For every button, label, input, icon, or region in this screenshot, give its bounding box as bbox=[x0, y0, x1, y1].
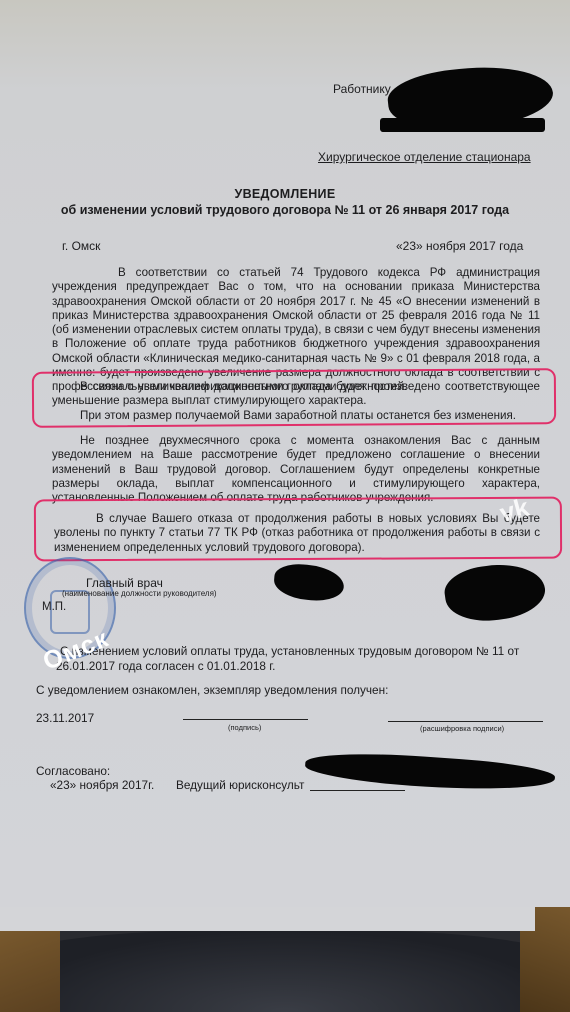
paper-stack-edge bbox=[0, 905, 535, 931]
text-line: При этом размер получаемой Вами заработн… bbox=[52, 409, 540, 423]
text-line: уведомлением на Ваше рассмотрение будет … bbox=[52, 448, 540, 462]
text-line: учреждения предупреждает Вас о том, что … bbox=[52, 280, 540, 294]
signatory-position: Главный врач bbox=[86, 576, 163, 590]
recipient-label: Работнику bbox=[333, 82, 391, 96]
name-line bbox=[388, 721, 543, 722]
approval-signature-line bbox=[310, 790, 405, 791]
approval-role: Ведущий юрисконсульт bbox=[176, 778, 304, 792]
text-line: (об изменении отраслевых систем оплаты т… bbox=[52, 323, 540, 337]
text-line: уменьшение размера выплат стимулирующего… bbox=[52, 394, 540, 408]
paragraph-agreement-term: Не позднее двухмесячного срока с момента… bbox=[52, 434, 540, 505]
name-caption: (расшифровка подписи) bbox=[420, 724, 504, 733]
text-line: Не позднее двухмесячного срока с момента… bbox=[52, 434, 540, 448]
document-title: УВЕДОМЛЕНИЕ bbox=[0, 187, 570, 201]
background-surface bbox=[0, 930, 570, 1012]
text-line: размеры оклада, выплат компенсационного … bbox=[52, 477, 540, 491]
background-table-left bbox=[0, 925, 60, 1012]
signature-line bbox=[183, 719, 308, 720]
text-line: в Положение об оплате труда работников б… bbox=[52, 337, 540, 351]
text-line: В соответствии со статьей 74 Трудового к… bbox=[52, 266, 540, 280]
text-line: уволены по пункту 7 статьи 77 ТК РФ (отк… bbox=[54, 526, 540, 540]
agreement-line-2: 26.01.2017 года согласен с 01.01.2018 г. bbox=[56, 659, 275, 673]
signature-caption: (подпись) bbox=[228, 723, 261, 732]
paragraph-salary-change: В связи с увеличением должностного оклад… bbox=[52, 380, 540, 423]
redaction-signature bbox=[273, 562, 346, 603]
agreement-line-1: С изменением условий оплаты труда, устан… bbox=[60, 644, 550, 658]
acknowledgement-date: 23.11.2017 bbox=[36, 711, 94, 725]
seal-label: М.П. bbox=[42, 601, 66, 613]
text-line: В связи с увеличением должностного оклад… bbox=[52, 380, 540, 394]
paragraph-dismissal-warning: В случае Вашего отказа от продолжения ра… bbox=[54, 512, 540, 555]
text-line: здравоохранения Омской области от 20 ноя… bbox=[52, 295, 540, 309]
document-date: «23» ноября 2017 года bbox=[396, 239, 523, 253]
redaction-recipient-name-underline bbox=[380, 118, 545, 132]
department: Хирургическое отделение стационара bbox=[318, 150, 531, 164]
approval-date: «23» ноября 2017г. bbox=[50, 778, 154, 792]
text-line: изменений в Ваш трудовой договор. Соглаш… bbox=[52, 463, 540, 477]
text-line: приказ Министерства здравоохранения Омск… bbox=[52, 309, 540, 323]
document-city: г. Омск bbox=[62, 239, 100, 253]
redaction-legal-signature bbox=[304, 748, 555, 795]
document-subtitle: об изменении условий трудового договора … bbox=[0, 203, 570, 217]
signatory-position-caption: (наименование должности руководителя) bbox=[62, 589, 217, 598]
document-page: Работнику Хирургическое отделение стацио… bbox=[0, 0, 570, 907]
text-line: Омской области «Клиническая медико-санит… bbox=[52, 352, 540, 366]
approval-label: Согласовано: bbox=[36, 764, 110, 778]
redaction-signatory-name bbox=[442, 558, 549, 626]
text-line: изменением определенных условий трудовог… bbox=[54, 541, 540, 555]
acknowledgement-text: С уведомлением ознакомлен, экземпляр уве… bbox=[36, 683, 388, 697]
text-line: В случае Вашего отказа от продолжения ра… bbox=[54, 512, 540, 526]
